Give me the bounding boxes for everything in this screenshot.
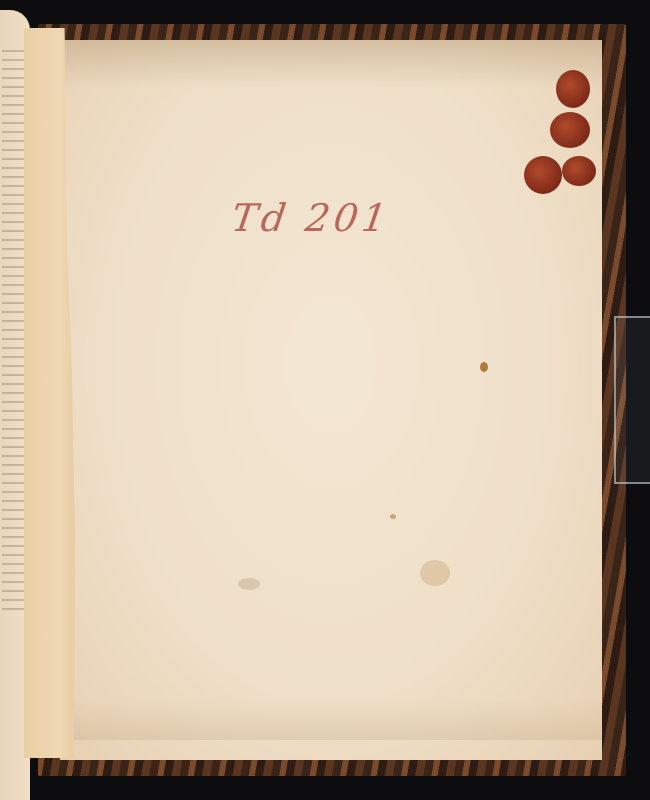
foxing-spot [390, 514, 396, 519]
stain-spot [420, 560, 450, 586]
foxing-spot [480, 362, 488, 372]
page-clip [614, 316, 650, 484]
wax-seal-4 [562, 156, 596, 186]
shelfmark-text: Td 201 [229, 196, 393, 240]
wax-seal-2 [550, 112, 590, 148]
pastedown-page [60, 40, 602, 760]
water-stain-top [60, 40, 602, 88]
stain-spot [238, 578, 260, 590]
water-stain-bottom [60, 700, 602, 740]
wax-seal-3 [524, 156, 562, 194]
wax-seal-1 [556, 70, 590, 108]
printed-text-lines [2, 50, 26, 610]
